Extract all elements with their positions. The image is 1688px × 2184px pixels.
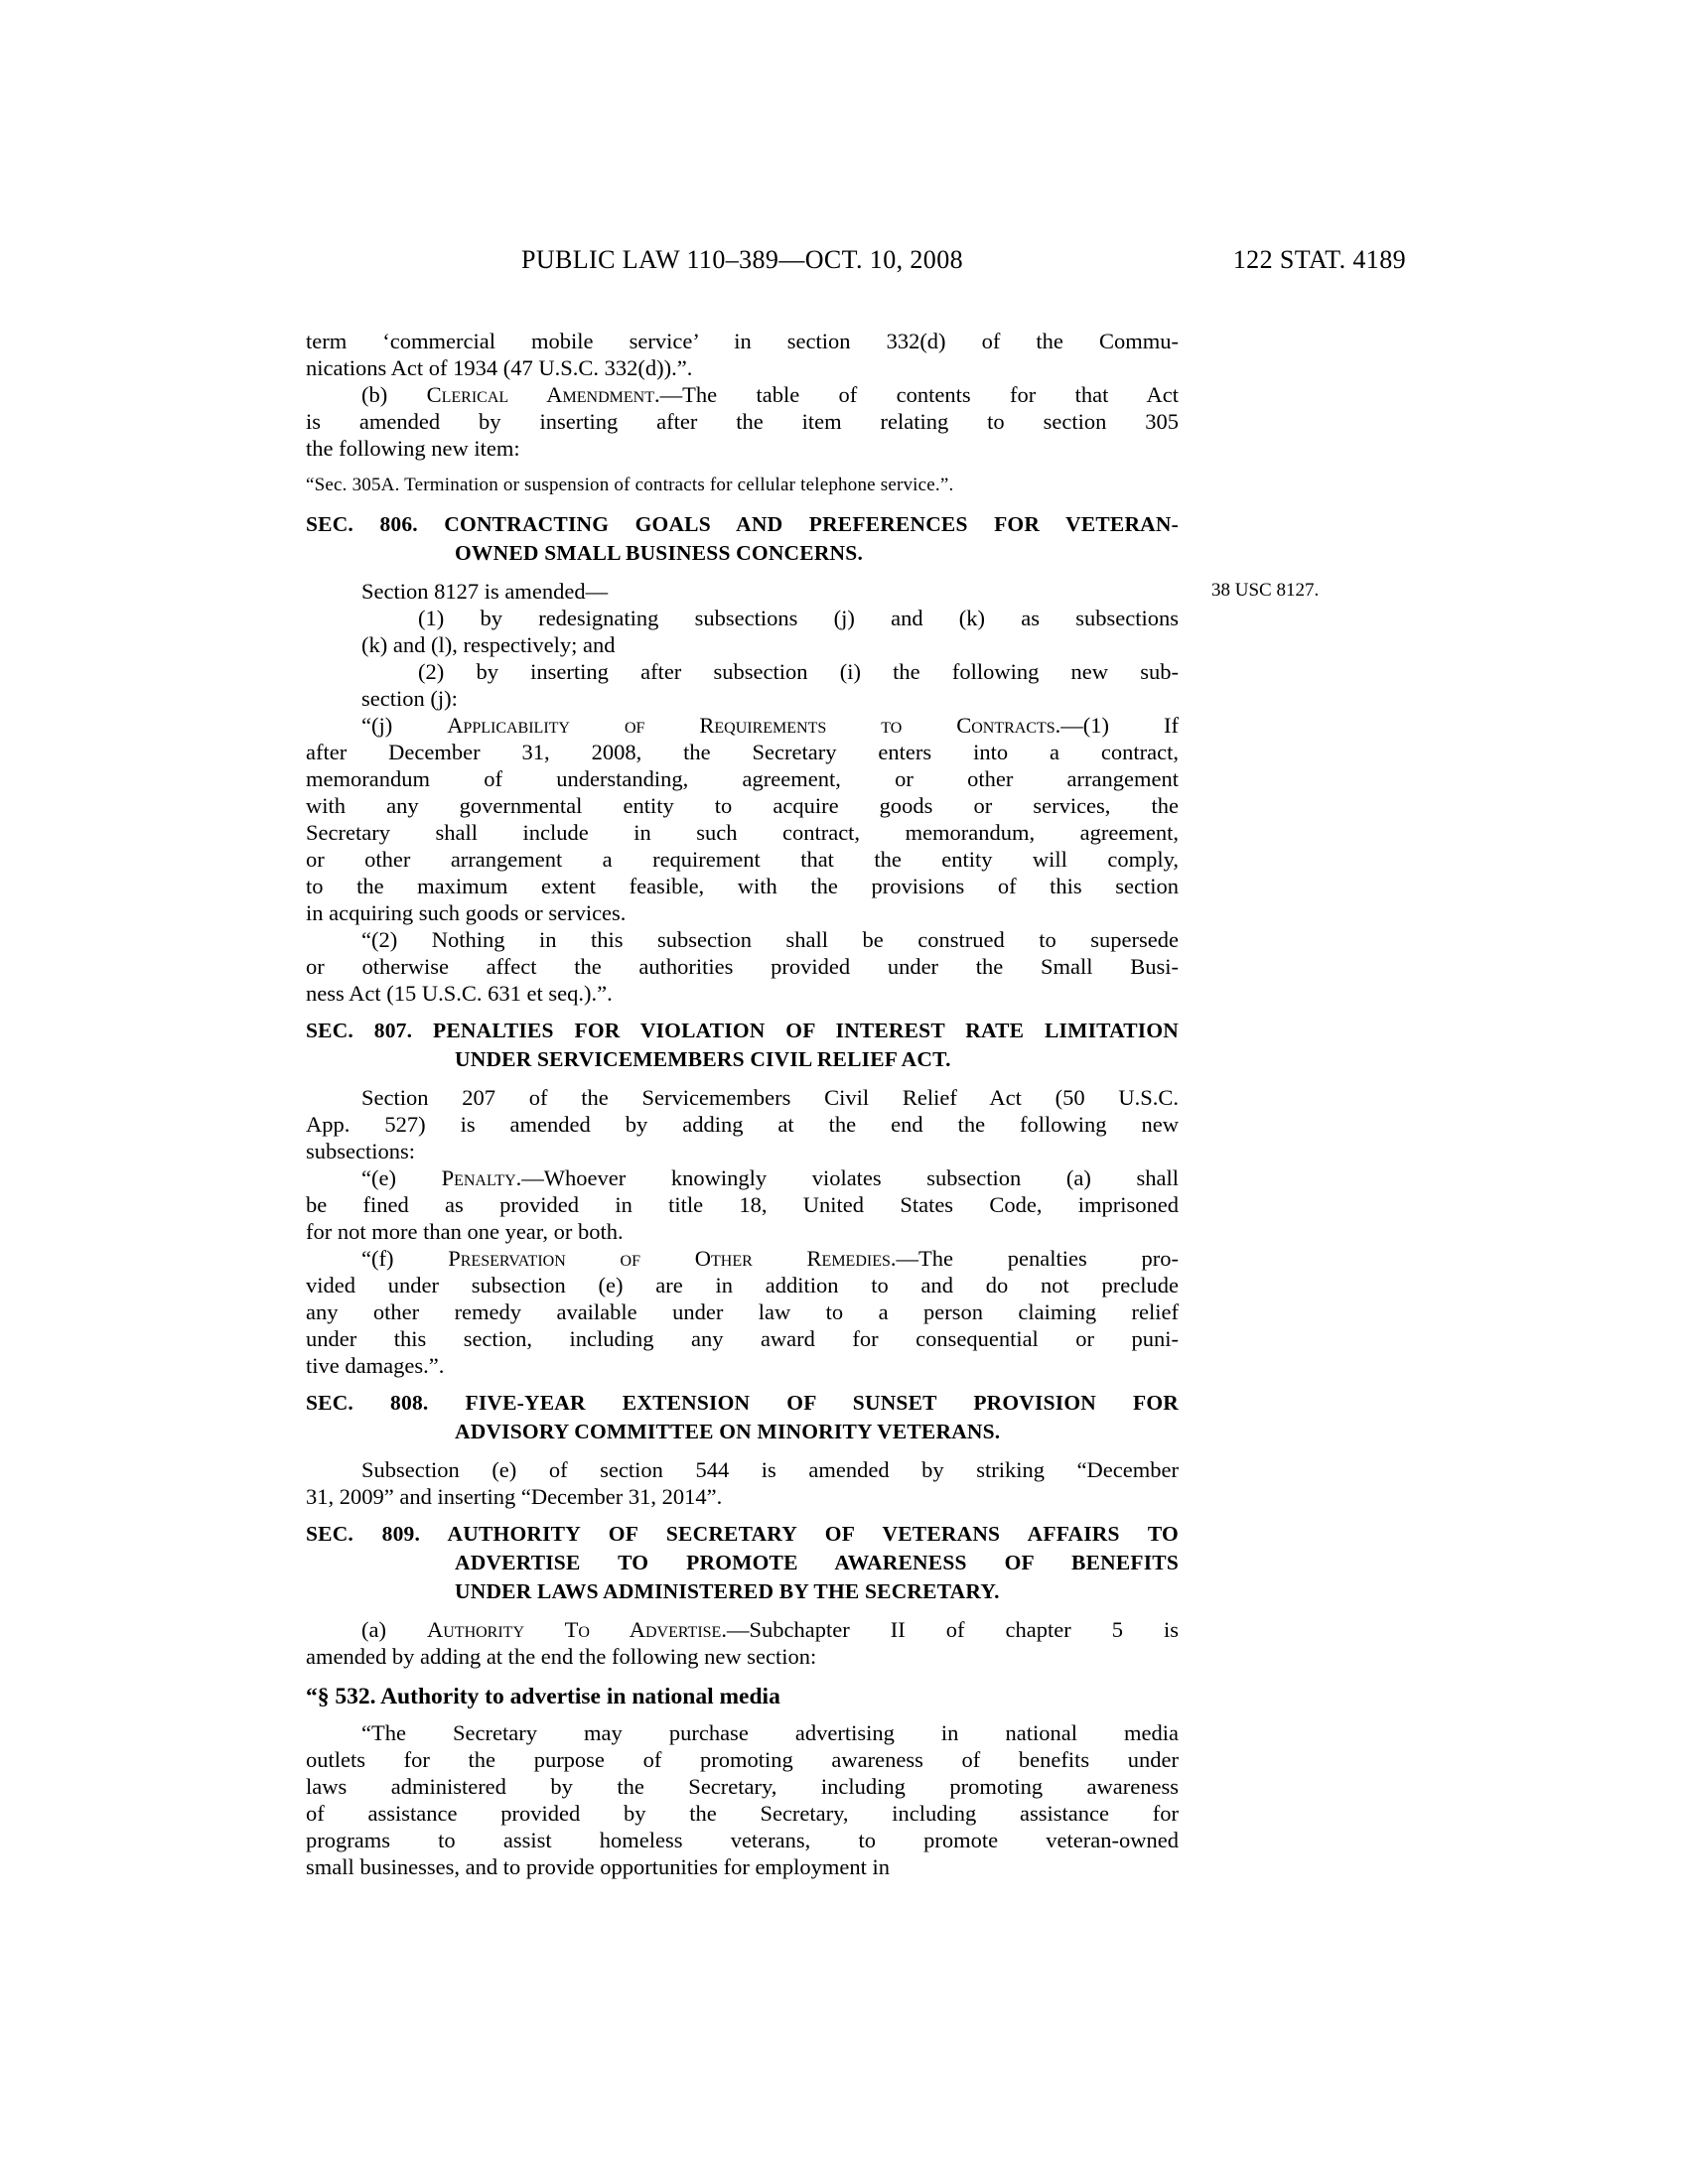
para-commercial-mobile-service: term ‘commercial mobile service’ in sect…	[306, 328, 1179, 381]
text-run: or otherwise affect the authorities prov…	[306, 954, 1179, 979]
text-run: outlets for the purpose of promoting awa…	[306, 1747, 1179, 1772]
statute-line: of assistance provided by the Secretary,…	[306, 1800, 1179, 1827]
text-run: section (j):	[361, 686, 458, 711]
small-caps-run: Preservation of Other Remedies	[448, 1246, 891, 1271]
text-run: programs to assist homeless veterans, to…	[306, 1828, 1179, 1852]
text-run: Section 207 of the Servicemembers Civil …	[361, 1085, 1179, 1110]
statute-line: subsections:	[306, 1138, 1179, 1164]
text-run: (a)	[361, 1617, 427, 1642]
text-run: memorandum of understanding, agreement, …	[306, 766, 1179, 791]
text-run: “§ 532. Authority to advertise in nation…	[306, 1684, 780, 1709]
text-run: .—The table of contents for that Act	[654, 382, 1179, 407]
statute-line: “The Secretary may purchase advertising …	[306, 1719, 1179, 1746]
statute-line: nications Act of 1934 (47 U.S.C. 332(d))…	[306, 354, 1179, 381]
text-run: after December 31, 2008, the Secretary e…	[306, 740, 1179, 764]
statute-line: ness Act (15 U.S.C. 631 et seq.).”.	[306, 980, 1179, 1007]
sec-809-heading: SEC. 809. AUTHORITY OF SECRETARY OF VETE…	[306, 1520, 1179, 1606]
text-run: subsections:	[306, 1139, 415, 1163]
statute-line: be fined as provided in title 18, United…	[306, 1191, 1179, 1218]
statute-line: for not more than one year, or both.	[306, 1218, 1179, 1245]
text-run: (1) by redesignating subsections (j) and…	[418, 606, 1179, 630]
statute-line: with any governmental entity to acquire …	[306, 792, 1179, 819]
sec-806-heading: SEC. 806. CONTRACTING GOALS AND PREFEREN…	[306, 510, 1179, 568]
statute-line: ADVISORY COMMITTEE ON MINORITY VETERANS.	[306, 1418, 1179, 1446]
text-run: (2) by inserting after subsection (i) th…	[418, 659, 1179, 684]
section-532-heading: “§ 532. Authority to advertise in nation…	[306, 1682, 1179, 1711]
statute-line: small businesses, and to provide opportu…	[306, 1853, 1179, 1880]
statute-line: after December 31, 2008, the Secretary e…	[306, 739, 1179, 765]
running-header: PUBLIC LAW 110–389—OCT. 10, 2008 122 STA…	[306, 244, 1404, 278]
statute-line: is amended by inserting after the item r…	[306, 408, 1179, 435]
statute-line: “Sec. 305A. Termination or suspension of…	[306, 474, 1179, 500]
text-run: any other remedy available under law to …	[306, 1299, 1179, 1324]
statute-line: (1) by redesignating subsections (j) and…	[306, 605, 1179, 631]
text-run: small businesses, and to provide opportu…	[306, 1854, 890, 1879]
text-run: 31, 2009” and inserting “December 31, 20…	[306, 1484, 722, 1509]
statute-line: outlets for the purpose of promoting awa…	[306, 1746, 1179, 1773]
text-run: nications Act of 1934 (47 U.S.C. 332(d))…	[306, 355, 692, 380]
text-run: under this section, including any award …	[306, 1326, 1179, 1351]
text-run: .—Subchapter II of chapter 5 is	[721, 1617, 1179, 1642]
item-2-inserting: (2) by inserting after subsection (i) th…	[306, 658, 1179, 712]
text-run: to the maximum extent feasible, with the…	[306, 874, 1179, 898]
text-run: the following new item:	[306, 436, 520, 461]
statute-line: under this section, including any award …	[306, 1325, 1179, 1352]
text-run: .—The penalties pro-	[891, 1246, 1179, 1271]
statute-line: or other arrangement a requirement that …	[306, 846, 1179, 873]
para-a-authority-to-advertise: (a) Authority To Advertise.—Subchapter I…	[306, 1616, 1179, 1670]
text-run: “(f)	[361, 1246, 448, 1271]
text-run: “(j)	[361, 713, 447, 738]
text-run: “Sec. 305A. Termination or suspension of…	[306, 475, 953, 495]
statute-line: section (j):	[306, 685, 1179, 712]
text-run: with any governmental entity to acquire …	[306, 793, 1179, 818]
statute-line: OWNED SMALL BUSINESS CONCERNS.	[306, 539, 1179, 568]
statute-line: memorandum of understanding, agreement, …	[306, 765, 1179, 792]
header-stat-page-number: 122 STAT. 4189	[1172, 244, 1406, 276]
text-run: App. 527) is amended by adding at the en…	[306, 1112, 1179, 1137]
statute-line: “§ 532. Authority to advertise in nation…	[306, 1682, 1179, 1711]
statute-line: “(e) Penalty.—Whoever knowingly violates…	[306, 1164, 1179, 1191]
statute-line: amended by adding at the end the followi…	[306, 1643, 1179, 1670]
para-subsection-e-544: Subsection (e) of section 544 is amended…	[306, 1456, 1179, 1510]
text-run: .—(1) If	[1055, 713, 1179, 738]
text-run: ADVISORY COMMITTEE ON MINORITY VETERANS.	[455, 1420, 1000, 1443]
text-run: (k) and (l), respectively; and	[361, 632, 616, 657]
statute-line: UNDER LAWS ADMINISTERED BY THE SECRETARY…	[306, 1577, 1179, 1606]
text-run: in acquiring such goods or services.	[306, 900, 626, 925]
text-run: be fined as provided in title 18, United…	[306, 1192, 1179, 1217]
toc-entry-sec-305a: “Sec. 305A. Termination or suspension of…	[306, 474, 1179, 500]
statute-line: or otherwise affect the authorities prov…	[306, 953, 1179, 980]
statute-line: UNDER SERVICEMEMBERS CIVIL RELIEF ACT.	[306, 1045, 1179, 1074]
statute-line: term ‘commercial mobile service’ in sect…	[306, 328, 1179, 354]
statute-line: SEC. 807. PENALTIES FOR VIOLATION OF INT…	[306, 1017, 1179, 1045]
small-caps-run: Penalty	[442, 1165, 516, 1190]
text-run: laws administered by the Secretary, incl…	[306, 1774, 1179, 1799]
small-caps-run: Clerical Amendment	[427, 382, 654, 407]
sec-808-heading: SEC. 808. FIVE-YEAR EXTENSION OF SUNSET …	[306, 1389, 1179, 1446]
text-run: vided under subsection (e) are in additi…	[306, 1273, 1179, 1297]
text-run: Secretary shall include in such contract…	[306, 820, 1179, 845]
text-run: Subsection (e) of section 544 is amended…	[361, 1457, 1179, 1482]
text-run: term ‘commercial mobile service’ in sect…	[306, 329, 1179, 353]
statute-line: any other remedy available under law to …	[306, 1298, 1179, 1325]
para-section-8127: Section 8127 is amended—38 USC 8127.	[306, 578, 1179, 605]
para-e-penalty: “(e) Penalty.—Whoever knowingly violates…	[306, 1164, 1179, 1245]
statute-line: (a) Authority To Advertise.—Subchapter I…	[306, 1616, 1179, 1643]
text-run: UNDER LAWS ADMINISTERED BY THE SECRETARY…	[455, 1579, 1000, 1603]
statute-line: “(f) Preservation of Other Remedies.—The…	[306, 1245, 1179, 1272]
statute-line: App. 527) is amended by adding at the en…	[306, 1111, 1179, 1138]
para-clerical-amendment: (b) Clerical Amendment.—The table of con…	[306, 381, 1179, 462]
item-1-redesignating: (1) by redesignating subsections (j) and…	[306, 605, 1179, 658]
statute-line: the following new item:	[306, 435, 1179, 462]
statute-line: laws administered by the Secretary, incl…	[306, 1773, 1179, 1800]
text-run: SEC. 809. AUTHORITY OF SECRETARY OF VETE…	[306, 1522, 1179, 1546]
statute-line: Subsection (e) of section 544 is amended…	[306, 1456, 1179, 1483]
statute-line: “(j) Applicability of Requirements to Co…	[306, 712, 1179, 739]
statute-line: Section 8127 is amended—38 USC 8127.	[306, 578, 1179, 605]
statute-line: vided under subsection (e) are in additi…	[306, 1272, 1179, 1298]
statute-line: Section 207 of the Servicemembers Civil …	[306, 1084, 1179, 1111]
para-secretary-may-purchase: “The Secretary may purchase advertising …	[306, 1719, 1179, 1880]
statute-body: term ‘commercial mobile service’ in sect…	[306, 328, 1179, 1880]
text-run: tive damages.”.	[306, 1353, 444, 1378]
text-run: “(2) Nothing in this subsection shall be…	[361, 927, 1179, 952]
statute-line: (2) by inserting after subsection (i) th…	[306, 658, 1179, 685]
text-run: amended by adding at the end the followi…	[306, 1644, 816, 1669]
statute-line: SEC. 809. AUTHORITY OF SECRETARY OF VETE…	[306, 1520, 1179, 1549]
statute-line: 31, 2009” and inserting “December 31, 20…	[306, 1483, 1179, 1510]
para-section-207: Section 207 of the Servicemembers Civil …	[306, 1084, 1179, 1164]
statute-line: tive damages.”.	[306, 1352, 1179, 1379]
statute-line: SEC. 808. FIVE-YEAR EXTENSION OF SUNSET …	[306, 1389, 1179, 1418]
para-2-nothing: “(2) Nothing in this subsection shall be…	[306, 926, 1179, 1007]
text-run: or other arrangement a requirement that …	[306, 847, 1179, 872]
header-law-title: PUBLIC LAW 110–389—OCT. 10, 2008	[306, 244, 1179, 276]
statute-line: (k) and (l), respectively; and	[306, 631, 1179, 658]
statute-line: SEC. 806. CONTRACTING GOALS AND PREFEREN…	[306, 510, 1179, 539]
us-code-margin-note: 38 USC 8127.	[1211, 579, 1529, 603]
text-run: UNDER SERVICEMEMBERS CIVIL RELIEF ACT.	[455, 1047, 951, 1071]
para-j-applicability: “(j) Applicability of Requirements to Co…	[306, 712, 1179, 926]
text-run: SEC. 806. CONTRACTING GOALS AND PREFEREN…	[306, 512, 1179, 536]
text-run: (b)	[361, 382, 427, 407]
statute-line: to the maximum extent feasible, with the…	[306, 873, 1179, 899]
text-run: ADVERTISE TO PROMOTE AWARENESS OF BENEFI…	[455, 1551, 1179, 1574]
text-run: SEC. 807. PENALTIES FOR VIOLATION OF INT…	[306, 1019, 1179, 1042]
text-run: of assistance provided by the Secretary,…	[306, 1801, 1179, 1826]
text-run: SEC. 808. FIVE-YEAR EXTENSION OF SUNSET …	[306, 1391, 1179, 1415]
statute-line: “(2) Nothing in this subsection shall be…	[306, 926, 1179, 953]
text-run: OWNED SMALL BUSINESS CONCERNS.	[455, 541, 863, 565]
statute-line: ADVERTISE TO PROMOTE AWARENESS OF BENEFI…	[306, 1549, 1179, 1577]
text-run: is amended by inserting after the item r…	[306, 409, 1179, 434]
text-run: “(e)	[361, 1165, 442, 1190]
statute-line: in acquiring such goods or services.	[306, 899, 1179, 926]
text-run: for not more than one year, or both.	[306, 1219, 624, 1244]
small-caps-run: Authority To Advertise	[427, 1617, 721, 1642]
statute-line: (b) Clerical Amendment.—The table of con…	[306, 381, 1179, 408]
document-page: PUBLIC LAW 110–389—OCT. 10, 2008 122 STA…	[0, 0, 1688, 2184]
small-caps-run: Applicability of Requirements to Contrac…	[447, 713, 1055, 738]
statute-line: programs to assist homeless veterans, to…	[306, 1827, 1179, 1853]
text-run: .—Whoever knowingly violates subsection …	[516, 1165, 1179, 1190]
sec-807-heading: SEC. 807. PENALTIES FOR VIOLATION OF INT…	[306, 1017, 1179, 1074]
text-run: “The Secretary may purchase advertising …	[361, 1720, 1179, 1745]
text-run: ness Act (15 U.S.C. 631 et seq.).”.	[306, 981, 613, 1006]
text-run: Section 8127 is amended—	[361, 579, 608, 604]
statute-line: Secretary shall include in such contract…	[306, 819, 1179, 846]
para-f-preservation: “(f) Preservation of Other Remedies.—The…	[306, 1245, 1179, 1379]
